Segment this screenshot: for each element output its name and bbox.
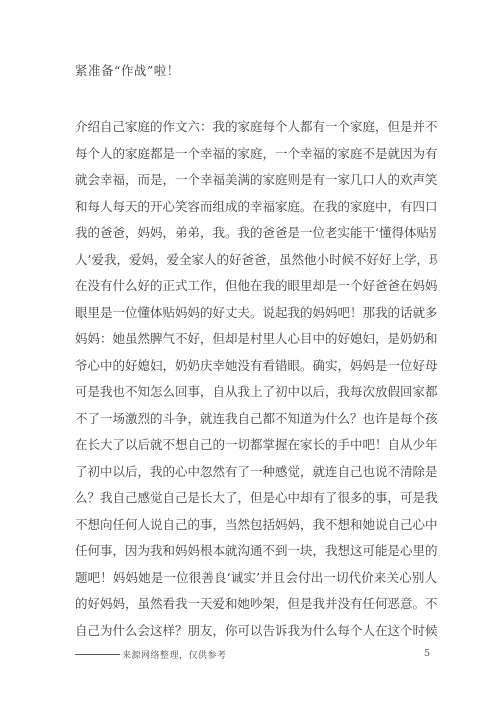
paragraph-line: 介绍自己家庭的作文六：我的家庭每个人都有一个家庭，但是并不是	[75, 114, 437, 141]
page-number: 5	[424, 648, 430, 659]
paragraph-line: 不了一场激烈的斗争，就连我自己都不知道为什么？也许是每个孩子	[75, 406, 437, 433]
paragraph-line: 么？我自己感觉自己是长大了，但是心中却有了很多的事，可是我却	[75, 485, 437, 512]
body-paragraph: 介绍自己家庭的作文六：我的家庭每个人都有一个家庭，但是并不是 每个人的家庭都是一…	[75, 114, 437, 644]
paragraph-line: 自己为什么会这样？朋友，你可以告诉我为什么每个人在这个时候就	[75, 618, 437, 645]
intro-line: 紧准备“作战”啦！	[75, 62, 180, 80]
paragraph-line: 和每人每天的开心笑容而组成的幸福家庭。在我的家庭中，有四口人：	[75, 194, 437, 221]
paragraph-line: 妈妈：她虽然脾气不好，但却是村里人心目中的好媳妇，是奶奶和爷	[75, 326, 437, 353]
paragraph-line: 我的爸爸，妈妈，弟弟，我。我的爸爸是一位老实能干‘懂得体贴别	[75, 220, 437, 247]
paragraph-line: 可是我也不知怎么回事，自从我上了初中以后，我每次放假回家都免	[75, 379, 437, 406]
document-page: 紧准备“作战”啦！ 介绍自己家庭的作文六：我的家庭每个人都有一个家庭，但是并不是…	[0, 0, 500, 707]
paragraph-line: 眼里是一位懂体贴妈妈的好丈夫。说起我的妈妈吧！那我的话就多了，	[75, 300, 437, 327]
paragraph-line: 人’爱我，爱妈，爱全家人的好爸爸，虽然他小时候不好好上学，现	[75, 247, 437, 274]
paragraph-line: 的好妈妈，虽然看我一天爱和她吵架，但是我并没有任何恶意。不知	[75, 591, 437, 618]
paragraph-line: 在没有什么好的正式工作，但他在我的眼里却是一个好爸爸在妈妈的	[75, 273, 437, 300]
page-footer: 来源网络整理，仅供参考	[75, 648, 437, 664]
paragraph-line: 题吧！妈妈她是一位很善良‘诚实’并且会付出一切代价来关心别人	[75, 565, 437, 592]
paragraph-line: 在长大了以后就不想自己的一切都掌握在家长的手中吧！自从少年宫	[75, 432, 437, 459]
paragraph-line: 就会幸福，而是，一个幸福美满的家庭则是有一家几口人的欢声笑语	[75, 167, 437, 194]
paragraph-line: 了初中以后，我的心中忽然有了一种感觉，就连自己也说不清除是什	[75, 459, 437, 486]
footer-source-note: 来源网络整理，仅供参考	[122, 648, 227, 661]
paragraph-line: 每个人的家庭都是一个幸福的家庭，一个幸福的家庭不是就因为有钱	[75, 141, 437, 168]
footer-dash-line	[75, 654, 120, 655]
paragraph-line: 不想向任何人说自己的事，当然包括妈妈，我不想和她说自己心中的	[75, 512, 437, 539]
paragraph-line: 任何事，因为我和妈妈根本就沟通不到一块，我想这可能是心里的问	[75, 538, 437, 565]
paragraph-line: 爷心中的好媳妇，奶奶庆幸她没有看错眼。确实，妈妈是一位好母亲，	[75, 353, 437, 380]
